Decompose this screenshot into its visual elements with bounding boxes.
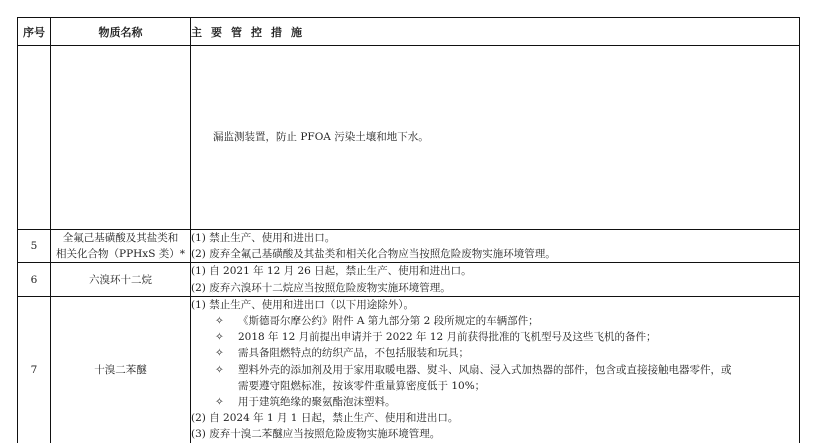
row-number: 5 [18,230,51,263]
diamond-bullet-icon: ✧ [215,313,238,329]
measure-item-1: (1) 禁止生产、使用和进出口（以下用途除外）。 [191,297,799,313]
table-row-5: 5 全氟己基磺酸及其盐类和 相关化合物（PPHxS 类）* (1) 禁止生产、使… [18,230,800,263]
diamond-bullet-icon: ✧ [215,394,238,410]
measure-item-2: (2) 废弃全氟己基磺酸及其盐类和相关化合物应当按照危险废物实施环境管理。 [191,246,799,262]
substance-name [51,46,191,230]
substance-name: 全氟己基磺酸及其盐类和 相关化合物（PPHxS 类）* [51,230,191,263]
row-number: 6 [18,263,51,296]
control-measures-table: 序号 物质名称 主要管控措施 漏监测装置，防止 PFOA 污染土壤和地下水。 5… [17,17,800,443]
exemption-bullet: ✧用于建筑绝缘的聚氨酯泡沫塑料。 [191,394,799,410]
measures-cell: 漏监测装置，防止 PFOA 污染土壤和地下水。 [191,46,800,230]
row-number [18,46,51,230]
header-substance-name: 物质名称 [51,18,191,46]
measure-item-1: (1) 禁止生产、使用和进出口。 [191,230,799,246]
measure-item-1: (1) 自 2021 年 12 月 26 日起，禁止生产、使用和进出口。 [191,263,799,279]
table-row-7: 7 十溴二苯醚 (1) 禁止生产、使用和进出口（以下用途除外）。 ✧《斯德哥尔摩… [18,296,800,443]
diamond-bullet-icon: ✧ [215,329,238,345]
exemption-bullet: ✧塑料外壳的添加剂及用于家用取暖电器、熨斗、风扇、浸入式加热器的部件，包含或直接… [191,362,799,378]
substance-name: 六溴环十二烷 [51,263,191,296]
table-header-row: 序号 物质名称 主要管控措施 [18,18,800,46]
measure-item-3: (3) 废弃十溴二苯醚应当按照危险废物实施环境管理。 [191,426,799,442]
measures-cell: (1) 自 2021 年 12 月 26 日起，禁止生产、使用和进出口。 (2)… [191,263,800,296]
diamond-bullet-icon: ✧ [215,345,238,361]
diamond-bullet-icon: ✧ [215,362,238,378]
substance-name-line: 相关化合物（PPHxS 类）* [51,246,190,262]
table-row-6: 6 六溴环十二烷 (1) 自 2021 年 12 月 26 日起，禁止生产、使用… [18,263,800,296]
measure-line: 漏监测装置，防止 PFOA 污染土壤和地下水。 [191,129,799,145]
measure-item-2: (2) 废弃六溴环十二烷应当按照危险废物实施环境管理。 [191,280,799,296]
substance-name-line: 全氟己基磺酸及其盐类和 [51,230,190,246]
exemption-bullet-continuation: 需要遵守阻燃标准，按该零件重量算密度低于 10%； [191,378,799,394]
exemption-bullet: ✧《斯德哥尔摩公约》附件 A 第九部分第 2 段所规定的车辆部件； [191,313,799,329]
measure-item-2: (2) 自 2024 年 1 月 1 日起，禁止生产、使用和进出口。 [191,410,799,426]
table-row-continued: 漏监测装置，防止 PFOA 污染土壤和地下水。 [18,46,800,230]
measures-cell: (1) 禁止生产、使用和进出口（以下用途除外）。 ✧《斯德哥尔摩公约》附件 A … [191,296,800,443]
exemption-bullet: ✧2018 年 12 月前提出申请并于 2022 年 12 月前获得批准的飞机型… [191,329,799,345]
substance-name: 十溴二苯醚 [51,296,191,443]
row-number: 7 [18,296,51,443]
measures-cell: (1) 禁止生产、使用和进出口。 (2) 废弃全氟己基磺酸及其盐类和相关化合物应… [191,230,800,263]
header-no: 序号 [18,18,51,46]
exemption-bullet: ✧需具备阻燃特点的纺织产品，不包括服装和玩具； [191,345,799,361]
header-main-measures: 主要管控措施 [191,18,800,46]
